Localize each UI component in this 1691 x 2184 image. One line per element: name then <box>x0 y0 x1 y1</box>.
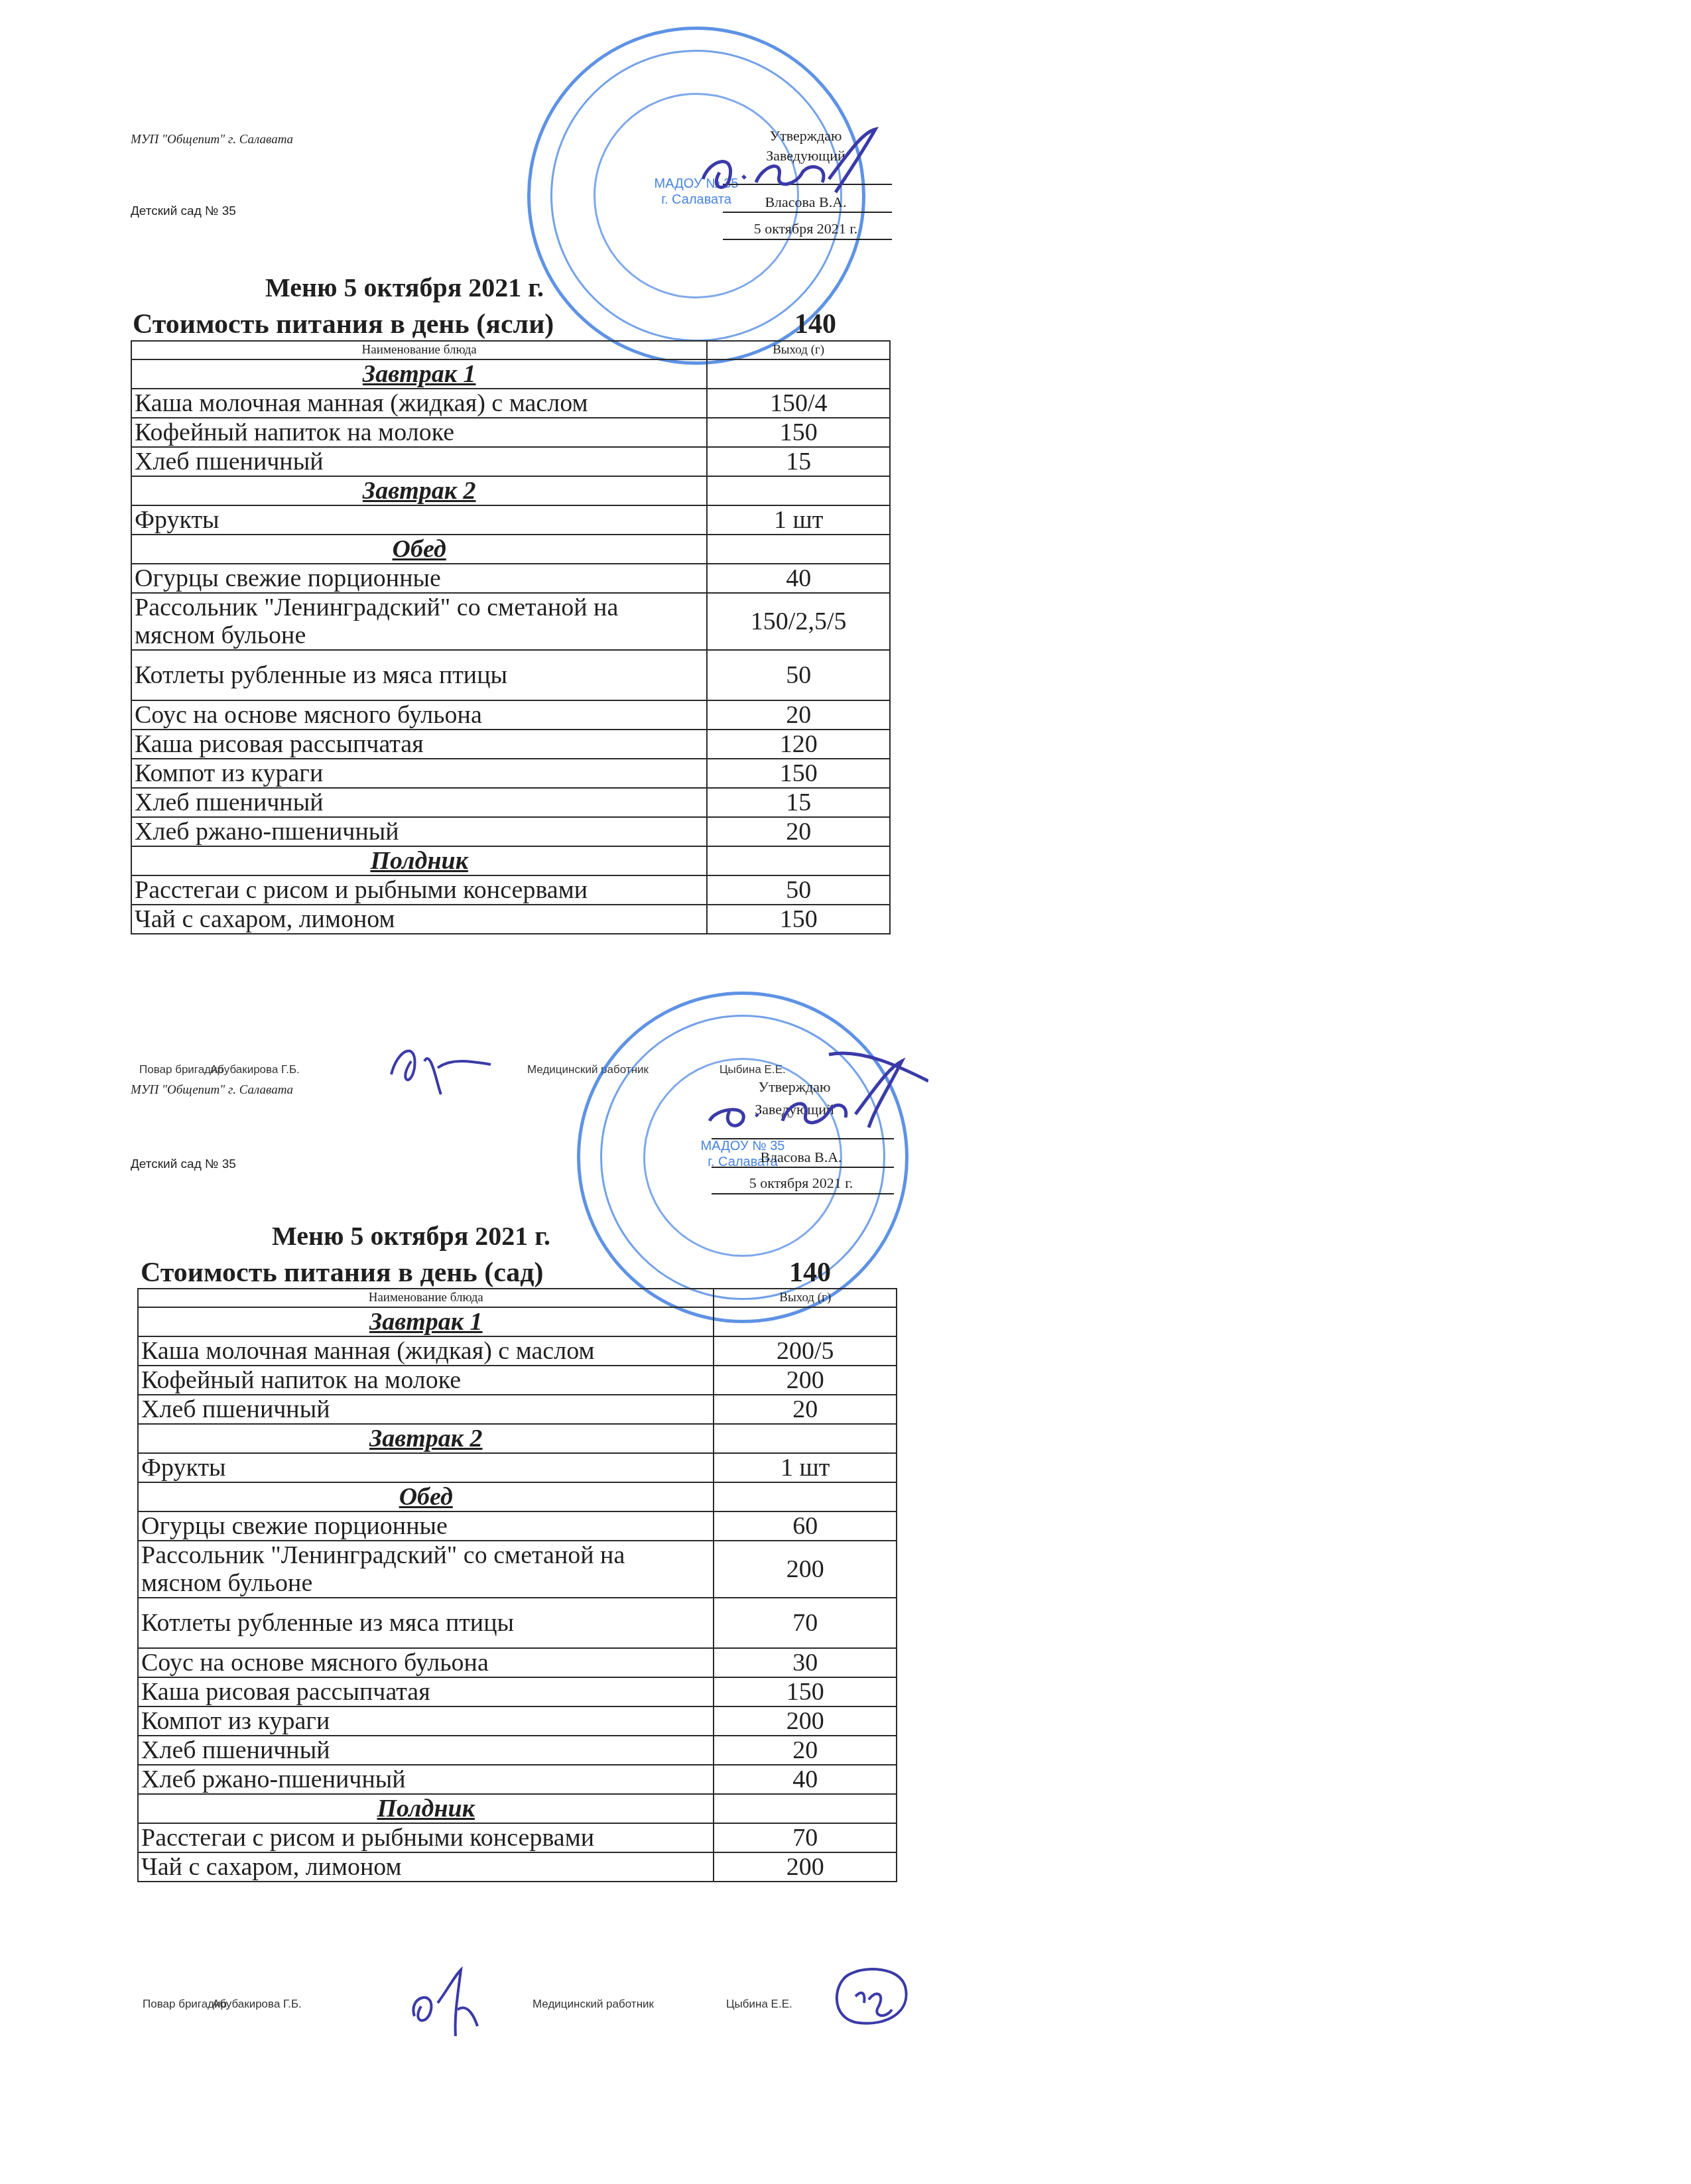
meal-section-row: Полдник <box>131 846 890 875</box>
meal-section-title: Обед <box>131 535 707 564</box>
column-header-dish: Наименование блюда <box>131 341 707 359</box>
dish-name: Соус на основе мясного бульона <box>131 700 707 730</box>
dish-name: Хлеб пшеничный <box>131 788 707 817</box>
table-row: Хлеб пшеничный15 <box>131 447 890 476</box>
dish-yield: 70 <box>714 1598 897 1648</box>
dish-name: Расстегаи с рисом и рыбными консервами <box>138 1823 714 1852</box>
meal-section-row: Завтрак 2 <box>138 1424 897 1453</box>
empty-cell <box>707 359 890 389</box>
table-row: Расстегаи с рисом и рыбными консервами50 <box>131 875 890 905</box>
empty-cell <box>714 1794 897 1823</box>
cost-label: Стоимость питания в день (сад) <box>141 1257 544 1289</box>
empty-cell <box>707 535 890 564</box>
table-row: Каша рисовая рассыпчатая120 <box>131 730 890 759</box>
column-header-yield: Выход (г) <box>714 1289 897 1307</box>
dish-name: Каша молочная манная (жидкая) с маслом <box>131 389 707 418</box>
meal-section-title: Полдник <box>138 1794 714 1823</box>
dish-name: Каша рисовая рассыпчатая <box>131 730 707 759</box>
dish-yield: 150 <box>707 905 890 934</box>
dish-name: Кофейный напиток на молоке <box>131 418 707 447</box>
dish-name: Хлеб пшеничный <box>138 1736 714 1765</box>
kindergarten-name: Детский сад № 35 <box>131 1157 236 1172</box>
table-row: Расстегаи с рисом и рыбными консервами70 <box>138 1823 897 1852</box>
medic-name: Цыбина Е.Е. <box>726 1998 792 2011</box>
table-row: Чай с сахаром, лимоном200 <box>138 1852 897 1882</box>
dish-yield: 20 <box>707 817 890 846</box>
table-row: Котлеты рубленные из мяса птицы50 <box>131 650 890 700</box>
cook-name: Абубакирова Г.Б. <box>212 1998 302 2011</box>
cook-name: Абубакирова Г.Б. <box>210 1063 300 1076</box>
dish-name: Огурцы свежие порционные <box>138 1511 714 1541</box>
dish-yield: 15 <box>707 447 890 476</box>
empty-cell <box>707 476 890 505</box>
dish-name: Компот из кураги <box>131 759 707 788</box>
meal-section-title: Завтрак 2 <box>138 1424 714 1453</box>
meal-section-row: Обед <box>131 535 890 564</box>
dish-name: Котлеты рубленные из мяса птицы <box>131 650 707 700</box>
table-row: Фрукты1 шт <box>131 505 890 535</box>
table-row: Хлеб пшеничный20 <box>138 1395 897 1424</box>
empty-cell <box>714 1307 897 1336</box>
meal-section-row: Обед <box>138 1482 897 1511</box>
dish-yield: 150/2,5/5 <box>707 593 890 650</box>
table-row: Хлеб пшеничный15 <box>131 788 890 817</box>
dish-name: Фрукты <box>138 1453 714 1482</box>
table-row: Огурцы свежие порционные60 <box>138 1511 897 1541</box>
meal-section-row: Завтрак 2 <box>131 476 890 505</box>
cost-value: 140 <box>789 1257 831 1289</box>
cost-label: Стоимость питания в день (ясли) <box>133 308 554 340</box>
approval-date: 5 октября 2021 г. <box>723 220 889 237</box>
dish-name: Рассольник "Ленинградский" со сметаной н… <box>131 593 707 650</box>
dish-yield: 200 <box>714 1541 897 1598</box>
meal-section-row: Завтрак 1 <box>131 359 890 389</box>
table-header-row: Наименование блюдаВыход (г) <box>131 341 890 359</box>
dish-yield: 40 <box>707 564 890 593</box>
empty-cell <box>714 1424 897 1453</box>
dish-yield: 150/4 <box>707 389 890 418</box>
dish-name: Фрукты <box>131 505 707 535</box>
dish-yield: 20 <box>714 1736 897 1765</box>
dish-yield: 150 <box>714 1677 897 1706</box>
column-header-dish: Наименование блюда <box>138 1289 714 1307</box>
table-row: Чай с сахаром, лимоном150 <box>131 905 890 934</box>
dish-yield: 15 <box>707 788 890 817</box>
dish-name: Каша рисовая рассыпчатая <box>138 1677 714 1706</box>
dish-yield: 50 <box>707 650 890 700</box>
dish-name: Рассольник "Ленинградский" со сметаной н… <box>138 1541 714 1598</box>
cost-value: 140 <box>794 308 836 340</box>
dish-yield: 200/5 <box>714 1336 897 1366</box>
dish-yield: 70 <box>714 1823 897 1852</box>
dish-name: Соус на основе мясного бульона <box>138 1648 714 1677</box>
dish-yield: 200 <box>714 1706 897 1736</box>
table-row: Хлеб ржано-пшеничный40 <box>138 1765 897 1794</box>
dish-yield: 1 шт <box>707 505 890 535</box>
dish-name: Хлеб ржано-пшеничный <box>138 1765 714 1794</box>
approval-date: 5 октября 2021 г. <box>718 1175 884 1192</box>
dish-name: Хлеб пшеничный <box>131 447 707 476</box>
dish-yield: 200 <box>714 1366 897 1395</box>
table-row: Хлеб ржано-пшеничный20 <box>131 817 890 846</box>
meal-section-title: Завтрак 1 <box>138 1307 714 1336</box>
table-row: Хлеб пшеничный20 <box>138 1736 897 1765</box>
column-header-yield: Выход (г) <box>707 341 890 359</box>
dish-name: Чай с сахаром, лимоном <box>138 1852 714 1882</box>
dish-yield: 50 <box>707 875 890 905</box>
table-row: Рассольник "Ленинградский" со сметаной н… <box>138 1541 897 1598</box>
dish-name: Компот из кураги <box>138 1706 714 1736</box>
approval-name: Власова В.А. <box>723 194 889 211</box>
table-header-row: Наименование блюдаВыход (г) <box>138 1289 897 1307</box>
dish-name: Кофейный напиток на молоке <box>138 1366 714 1395</box>
table-row: Кофейный напиток на молоке150 <box>131 418 890 447</box>
dish-yield: 200 <box>714 1852 897 1882</box>
menu-title: Меню 5 октября 2021 г. <box>265 272 544 303</box>
table-row: Соус на основе мясного бульона20 <box>131 700 890 730</box>
organization-name: МУП "Общепит" г. Салавата <box>131 1083 293 1098</box>
kindergarten-name: Детский сад № 35 <box>131 204 236 219</box>
dish-yield: 30 <box>714 1648 897 1677</box>
dish-name: Огурцы свежие порционные <box>131 564 707 593</box>
dish-name: Каша молочная манная (жидкая) с маслом <box>138 1336 714 1366</box>
cook-signature-icon <box>401 1963 507 2043</box>
dish-name: Хлеб пшеничный <box>138 1395 714 1424</box>
dish-yield: 1 шт <box>714 1453 897 1482</box>
table-row: Кофейный напиток на молоке200 <box>138 1366 897 1395</box>
dish-name: Чай с сахаром, лимоном <box>131 905 707 934</box>
dish-name: Хлеб ржано-пшеничный <box>131 817 707 846</box>
dish-name: Котлеты рубленные из мяса птицы <box>138 1598 714 1648</box>
table-row: Каша молочная манная (жидкая) с маслом20… <box>138 1336 897 1366</box>
dish-yield: 20 <box>707 700 890 730</box>
dish-yield: 40 <box>714 1765 897 1794</box>
table-row: Каша молочная манная (жидкая) с маслом15… <box>131 389 890 418</box>
menu-table-kindergarten: Наименование блюдаВыход (г)Завтрак 1Каша… <box>137 1288 897 1882</box>
empty-cell <box>714 1482 897 1511</box>
menu-table-nursery: Наименование блюдаВыход (г)Завтрак 1Каша… <box>131 340 891 934</box>
table-row: Каша рисовая рассыпчатая150 <box>138 1677 897 1706</box>
empty-cell <box>707 846 890 875</box>
menu-title: Меню 5 октября 2021 г. <box>272 1220 550 1252</box>
table-row: Компот из кураги200 <box>138 1706 897 1736</box>
approval-name: Власова В.А. <box>718 1149 884 1166</box>
approval-position: Заведующий <box>723 147 889 164</box>
approval-approve: Утверждаю <box>723 127 889 145</box>
table-row: Котлеты рубленные из мяса птицы70 <box>138 1598 897 1648</box>
dish-yield: 20 <box>714 1395 897 1424</box>
meal-section-title: Полдник <box>131 846 707 875</box>
dish-yield: 150 <box>707 759 890 788</box>
dish-name: Расстегаи с рисом и рыбными консервами <box>131 875 707 905</box>
table-row: Соус на основе мясного бульона30 <box>138 1648 897 1677</box>
meal-section-title: Завтрак 1 <box>131 359 707 389</box>
approval-approve: Утверждаю <box>712 1078 877 1096</box>
meal-section-row: Завтрак 1 <box>138 1307 897 1336</box>
medic-label: Медицинский работник <box>532 1998 654 2011</box>
meal-section-title: Завтрак 2 <box>131 476 707 505</box>
meal-section-row: Полдник <box>138 1794 897 1823</box>
table-row: Компот из кураги150 <box>131 759 890 788</box>
organization-name: МУП "Общепит" г. Салавата <box>131 133 293 147</box>
table-row: Рассольник "Ленинградский" со сметаной н… <box>131 593 890 650</box>
table-row: Фрукты1 шт <box>138 1453 897 1482</box>
dish-yield: 60 <box>714 1511 897 1541</box>
dish-yield: 150 <box>707 418 890 447</box>
dish-yield: 120 <box>707 730 890 759</box>
medic-signature-icon <box>826 1960 918 2033</box>
table-row: Огурцы свежие порционные40 <box>131 564 890 593</box>
cook-signature-icon <box>378 1021 511 1101</box>
meal-section-title: Обед <box>138 1482 714 1511</box>
approval-position: Заведующий <box>712 1101 877 1118</box>
